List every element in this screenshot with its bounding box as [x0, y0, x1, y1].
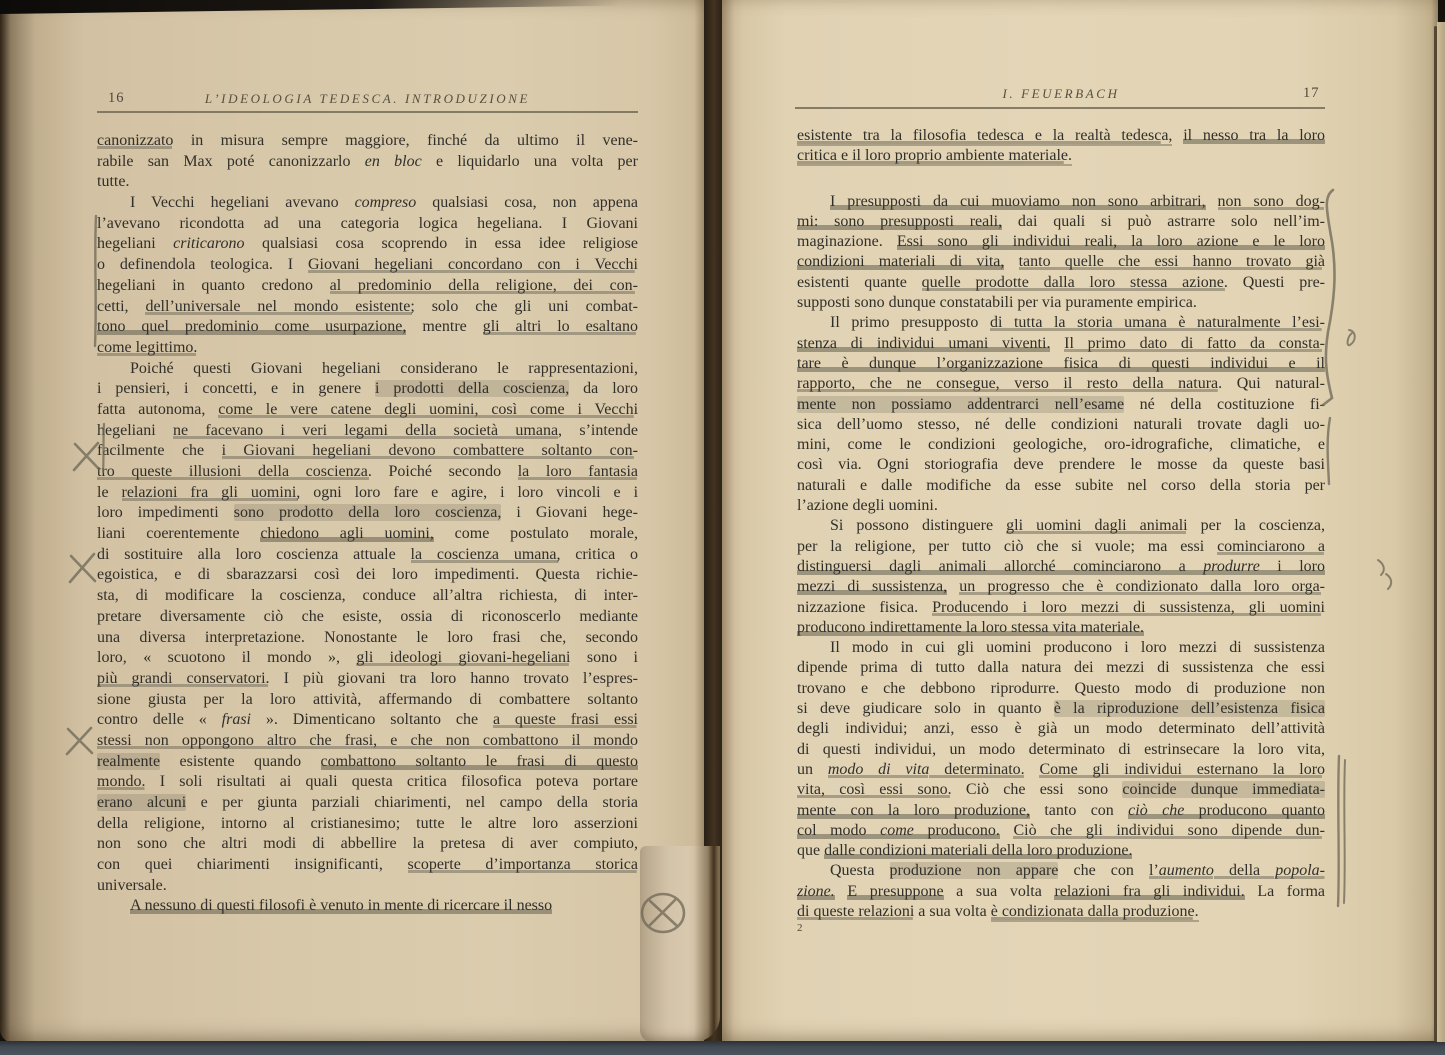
text-line: non sono che altri modi di abbellire la …: [97, 834, 638, 855]
text-segment: che con: [1058, 862, 1149, 879]
book-scan: 16 L’IDEOLOGIA TEDESCA. INTRODUZIONE I. …: [0, 0, 1445, 1055]
text-segment: cetti,: [97, 298, 145, 315]
text-line: una diversa interpretazione. Nonostante …: [97, 628, 638, 649]
pencil-marked-text: il nesso tra la loro: [1183, 127, 1325, 144]
text-segment: sono i: [571, 649, 639, 666]
text-line: Si possono distinguere gli uomini dagli …: [797, 516, 1325, 536]
pencil-marked-text: Come gli individui esternano la loro: [1039, 761, 1325, 778]
text-segment: [947, 578, 959, 595]
text-segment: si deve giudicare solo in quanto: [797, 700, 1054, 717]
text-line: Il modo in cui gli uomini producono i lo…: [797, 638, 1325, 658]
text-segment: una diversa interpretazione. Nonostante …: [97, 629, 638, 646]
page-number-right: 17: [1303, 85, 1320, 102]
text-line: hegeliani in quanto credono al predomini…: [97, 276, 638, 297]
text-segment: non sono che altri modi di abbellire la …: [97, 835, 638, 852]
text-segment: pretare diversamente ciò che esiste, oss…: [97, 608, 638, 625]
text-segment: rabile san Max poté canonizzarlo: [97, 153, 365, 170]
text-segment: degli individui; anzi, esso è già un mod…: [797, 720, 1325, 737]
pencil-marked-text: gli ideologi giovani-hegeliani: [356, 649, 570, 666]
text-segment: in misura sempre maggiore, finché da ult…: [173, 132, 638, 149]
pencil-marked-text: combattono soltanto le frasi di questo: [321, 753, 638, 770]
pencil-marked-text: aumento: [1159, 862, 1214, 879]
text-segment: mini, come le condizioni geologiche, oro…: [797, 436, 1325, 453]
pencil-marked-text: realmente: [97, 753, 160, 770]
text-line: esistente tra la filosofia tedesca e la …: [797, 126, 1325, 146]
pencil-marked-text: esistente tra la filosofia tedesca e la …: [797, 127, 1172, 146]
text-segment: hegeliani in quanto credono: [97, 277, 330, 294]
text-segment: La forma: [1245, 883, 1325, 900]
text-line: mi: sono presupposti reali, dai quali si…: [797, 212, 1325, 232]
header-rule-left: [97, 111, 638, 113]
text-segment: contro delle «: [97, 711, 222, 728]
text-line: stessi non oppongono altro che frasi, e …: [97, 731, 638, 752]
text-segment: fatta autonoma,: [97, 401, 218, 418]
text-line: mondo. I soli risultati ai quali questa …: [97, 772, 638, 793]
text-segment: Poiché questi Giovani hegeliani consider…: [130, 360, 638, 377]
page-edge-sliver: [1437, 22, 1445, 1042]
signature-mark: 2: [797, 922, 803, 934]
text-segment: trovano e che debbono riprodurre. Questo…: [797, 680, 1325, 697]
pencil-marked-text: come le vere catene degli uomini, così c…: [218, 401, 638, 418]
text-line: tutte.: [97, 172, 638, 193]
text-segment: i pensieri, i concetti, e in genere: [97, 380, 375, 397]
pencil-marked-text: i Giovani hegeliani devono combattere so…: [222, 442, 638, 459]
text-line: mezzi di sussistenza, un progresso che è…: [797, 577, 1325, 597]
pencil-marked-text: tono quel predominio come usurpazione,: [97, 318, 406, 335]
pencil-marked-text: della: [1214, 862, 1275, 879]
pencil-marked-text: di queste relazioni: [797, 903, 914, 920]
text-segment: loro, « scuotono il mondo »,: [97, 649, 356, 666]
text-line: tare è dunque l’organizzazione fisica di…: [797, 354, 1325, 374]
text-line: Questa produzione non appare che con l’a…: [797, 861, 1325, 881]
text-line: fatta autonoma, come le vere catene degl…: [97, 400, 638, 421]
text-line: tro queste illusioni della coscienza. Po…: [97, 462, 638, 483]
text-segment: dipende prima di tutto dalla natura dei …: [797, 659, 1325, 676]
pencil-marked-text: distinguersi dagli animali allorché comi…: [797, 558, 1203, 575]
pencil-marked-text: non sono dog-: [1218, 193, 1325, 210]
text-segment: liani coerentemente: [97, 525, 260, 542]
text-line: contro delle « frasi ». Dimenticano solt…: [97, 710, 638, 731]
pencil-marked-text: coincide dunque immediata-: [1122, 781, 1325, 798]
text-line: rabile san Max poté canonizzarlo en bloc…: [97, 152, 638, 173]
text-segment: Si possono distinguere: [830, 517, 1006, 534]
text-segment: da loro: [569, 380, 638, 397]
text-segment: criticarono: [173, 235, 244, 252]
text-line: un modo di vita determinato. Come gli in…: [797, 760, 1325, 780]
pencil-marked-text: ciò che: [1128, 802, 1184, 819]
text-segment: a sua volta: [914, 903, 990, 920]
text-line: stenza di individui umani viventi. Il pr…: [797, 334, 1325, 354]
text-line: tono quel predominio come usurpazione, m…: [97, 317, 638, 338]
text-line: esistenti quante quelle prodotte dalla l…: [797, 273, 1325, 293]
text-segment: i Giovani hege-: [501, 504, 638, 521]
text-segment: dai quali si può astrarre solo nell’im-: [1002, 213, 1325, 230]
pencil-marked-text: producono indirettamente la loro stessa …: [797, 619, 1144, 636]
text-segment: esistente quando: [160, 753, 320, 770]
text-segment: Il modo in cui gli uomini producono i lo…: [830, 639, 1325, 656]
text-line: l’azione degli uomini.: [797, 496, 1325, 516]
text-line: realmente esistente quando combattono so…: [97, 752, 638, 773]
pencil-marked-text: Il primo dato di fatto da consta-: [1064, 335, 1325, 352]
text-line: le relazioni fra gli uomini, ogni loro f…: [97, 483, 638, 504]
pencil-marked-text: chiedono agli uomini,: [260, 525, 434, 542]
pencil-marked-text: è condizionata dalla produzione.: [991, 903, 1199, 922]
text-segment: maginazione.: [797, 233, 897, 250]
text-segment: hegeliani: [97, 422, 173, 439]
text-segment: I Vecchi hegeliani avevano: [130, 194, 355, 211]
pencil-marked-text: produzione non appare: [890, 862, 1059, 879]
text-line: loro impedimenti sono prodotto della lor…: [97, 503, 638, 524]
pencil-marked-text: Ciò che gli individui sono dipende dun-: [1013, 822, 1325, 839]
text-segment: nizzazione fisica.: [797, 599, 932, 616]
pencil-marked-text: Producendo i loro mezzi di sussistenza, …: [932, 599, 1325, 616]
pencil-marked-text: A nessuno di questi filosofi è venuto in…: [130, 897, 552, 914]
text-line: sione giusta per la loro attività, affer…: [97, 690, 638, 711]
text-line: sica dell’uomo stesso, né delle condizio…: [797, 415, 1325, 435]
header-rule-right: [795, 107, 1325, 109]
body-text-left: canonizzato in misura sempre maggiore, f…: [97, 131, 638, 917]
text-line: facilmente che i Giovani hegeliani devon…: [97, 441, 638, 462]
pencil-marked-text: la loro fantasia: [518, 463, 638, 480]
pencil-marked-text: relazioni fra gli uomini,: [122, 484, 301, 501]
pencil-marked-text: zione.: [797, 883, 835, 900]
pencil-marked-text: modo di vita: [828, 761, 930, 778]
pencil-marked-text: produrre: [1203, 558, 1260, 575]
pencil-marked-text: la coscienza umana,: [411, 546, 561, 563]
text-segment: [1206, 193, 1218, 210]
text-line: di questi individui, un modo determinato…: [797, 740, 1325, 760]
pencil-marked-text: mondo.: [97, 773, 145, 790]
text-line: universale.: [97, 876, 638, 897]
text-segment: per la coscienza,: [1188, 517, 1325, 534]
text-segment: sione giusta per la loro attività, affer…: [97, 691, 638, 708]
text-segment: hegeliani: [97, 235, 173, 252]
text-line: liani coerentemente chiedono agli uomini…: [97, 524, 638, 545]
text-segment: facilmente che: [97, 442, 222, 459]
text-line: critica e il loro proprio ambiente mater…: [797, 146, 1325, 166]
text-line: que dalle condizioni materiali della lor…: [797, 841, 1325, 861]
pencil-marked-text: tro queste illusioni della coscienza.: [97, 463, 372, 480]
text-line: vita, così essi sono. Ciò che essi sono …: [797, 780, 1325, 800]
text-segment: [1000, 822, 1014, 839]
text-line: Il primo presupposto di tutta la storia …: [797, 313, 1325, 333]
text-segment: l’azione degli uomini.: [797, 497, 938, 514]
pencil-marked-text: mezzi di sussistenza,: [797, 578, 947, 595]
pencil-marked-text: Giovani hegeliani concordano con i Vecch…: [308, 256, 638, 273]
text-segment: [1004, 253, 1018, 270]
text-segment: Questi pre-: [1228, 274, 1325, 291]
text-segment: I più giovani tra loro hanno trovato l’e…: [270, 670, 638, 687]
text-line: cetti, dell’universale nel mondo esisten…: [97, 297, 638, 318]
text-line: l’avevano ricondotta ad una categoria lo…: [97, 214, 638, 235]
pencil-marked-text: critica e il loro proprio ambiente mater…: [797, 147, 1072, 166]
text-segment: esistenti quante: [797, 274, 922, 291]
text-line: hegeliani criticarono qualsiasi cosa sco…: [97, 234, 638, 255]
text-segment: universale.: [97, 877, 167, 894]
text-line: i pensieri, i concetti, e in genere i pr…: [97, 379, 638, 400]
text-segment: egoistica, e di sbarazzarsi così dei lor…: [97, 566, 638, 583]
text-line: condizioni materiali di vita, tanto quel…: [797, 252, 1325, 272]
text-line: mente non possiamo addentrarci nell’esam…: [797, 395, 1325, 415]
pencil-marked-text: vita, così essi sono.: [797, 781, 952, 798]
text-line: distinguersi dagli animali allorché comi…: [797, 557, 1325, 577]
pencil-marked-text: al predominio della religione, dei con-: [330, 277, 638, 294]
text-segment: [1050, 335, 1064, 352]
text-segment: così via. Ogni storiografia deve prender…: [797, 456, 1325, 473]
text-segment: sica dell’uomo stesso, né delle condizio…: [797, 416, 1325, 433]
text-segment: un: [797, 761, 828, 778]
text-line: col modo come producono. Ciò che gli ind…: [797, 821, 1325, 841]
text-line: mini, come le condizioni geologiche, oro…: [797, 435, 1325, 455]
text-line: mente con la loro produzione, tanto con …: [797, 801, 1325, 821]
pencil-marked-text: relazioni fra gli individui.: [1054, 883, 1244, 900]
pencil-marked-text: stessi non oppongono altro che frasi, e …: [97, 732, 638, 749]
pencil-marked-text: dell’universale nel mondo esistente;: [145, 298, 414, 315]
text-segment: ». Dimenticano soltanto che: [251, 711, 493, 728]
pencil-marked-text: mi: sono presupposti reali,: [797, 213, 1002, 230]
pencil-marked-text: erano alcuni: [97, 794, 186, 811]
text-line: zione. E presuppone a sua volta relazion…: [797, 882, 1325, 902]
text-segment: e per giunta parziali chiarimenti, nel c…: [186, 794, 638, 811]
text-line: come legittimo.: [97, 338, 638, 359]
pencil-marked-text: tare è dunque l’organizzazione fisica di…: [797, 355, 1325, 372]
text-line: di queste relazioni a sua volta è condiz…: [797, 902, 1325, 922]
text-segment: Ciò che essi sono: [952, 781, 1123, 798]
pencil-marked-text: gli altri lo esaltano: [483, 318, 638, 335]
pencil-marked-text: dalle condizioni materiali della loro pr…: [824, 842, 1132, 859]
book-gutter: [694, 0, 734, 1043]
text-line: supposti sono dunque constatabili per vi…: [797, 293, 1325, 313]
text-line: degli individui; anzi, esso è già un mod…: [797, 719, 1325, 739]
text-segment: o definendola teologica. I: [97, 256, 308, 273]
pencil-marked-text: i prodotti della coscienza,: [375, 380, 569, 397]
text-line: si deve giudicare solo in quanto è la ri…: [797, 699, 1325, 719]
text-segment: supposti sono dunque constatabili per vi…: [797, 294, 1197, 311]
text-line: egoistica, e di sbarazzarsi così dei lor…: [97, 565, 638, 586]
text-segment: l’avevano ricondotta ad una categoria lo…: [97, 215, 638, 232]
text-line: I presupposti da cui muoviamo non sono a…: [797, 192, 1325, 212]
text-segment: critica o: [560, 546, 638, 563]
text-segment: Qui natural-: [1222, 375, 1325, 392]
text-segment: con quei chiarimenti insignificanti,: [97, 856, 407, 873]
text-line: rapporto, che ne consegue, verso il rest…: [797, 374, 1325, 394]
pencil-marked-text: stenza di individui umani viventi.: [797, 335, 1050, 352]
text-line: più grandi conservatori. I più giovani t…: [97, 669, 638, 690]
text-segment: [1025, 761, 1040, 778]
pencil-marked-text: gli uomini dagli animali: [1006, 517, 1187, 534]
text-segment: della religione, intorno al cristianesim…: [97, 815, 638, 832]
text-line: di sostituire alla loro coscienza attual…: [97, 545, 638, 566]
text-segment: Il primo presupposto: [830, 314, 990, 331]
pencil-marked-text: producono quanto: [1184, 802, 1325, 819]
text-segment: di questi individui, un modo determinato…: [797, 741, 1325, 758]
pencil-marked-text: come: [880, 822, 914, 839]
text-line: della religione, intorno al cristianesim…: [97, 814, 638, 835]
text-segment: I soli risultati ai quali questa critica…: [145, 773, 638, 790]
text-segment: [1172, 127, 1183, 144]
text-line: maginazione. Essi sono gli individui rea…: [797, 232, 1325, 252]
running-header-right: I. FEUERBACH: [797, 86, 1325, 102]
pencil-marked-text: a queste frasi essi: [493, 711, 638, 728]
pencil-marked-text: Essi sono gli individui reali, la loro a…: [897, 233, 1325, 250]
pencil-marked-text: col modo: [797, 822, 880, 839]
text-segment: né della costituzione fi-: [1124, 396, 1325, 413]
text-segment: a sua volta: [944, 883, 1055, 900]
text-segment: ogni loro fare e agire, i loro vincoli e…: [300, 484, 638, 501]
text-line: I Vecchi hegeliani avevano compreso qual…: [97, 193, 638, 214]
pencil-marked-text: più grandi conservatori.: [97, 670, 270, 687]
text-line: hegeliani ne facevano i veri legami dell…: [97, 421, 638, 442]
text-segment: tutte.: [97, 173, 129, 190]
text-segment: [835, 883, 848, 900]
text-segment: loro impedimenti: [97, 504, 234, 521]
pencil-marked-text: ne facevano i veri legami della società …: [173, 422, 562, 439]
text-segment: mentre: [406, 318, 482, 335]
text-line: loro, « scuotono il mondo », gli ideolog…: [97, 648, 638, 669]
text-segment: s’intende: [562, 422, 638, 439]
pencil-marked-text: l’: [1149, 862, 1159, 879]
pencil-marked-text: I presupposti da cui muoviamo non sono a…: [830, 193, 1206, 210]
text-line: trovano e che debbono riprodurre. Questo…: [797, 679, 1325, 699]
text-segment: le: [97, 484, 122, 501]
text-line: così via. Ogni storiografia deve prender…: [797, 455, 1325, 475]
text-segment: tanto con: [1030, 802, 1128, 819]
pencil-marked-text: popola-: [1275, 862, 1325, 879]
text-segment: en bloc: [365, 153, 422, 170]
text-line: canonizzato in misura sempre maggiore, f…: [97, 131, 638, 152]
pencil-marked-text: è la riproduzione dell’esistenza fisica: [1054, 700, 1325, 717]
text-line: nizzazione fisica. Producendo i loro mez…: [797, 598, 1325, 618]
text-line: Poiché questi Giovani hegeliani consider…: [97, 359, 638, 380]
pencil-marked-text: tanto quelle che essi hanno trovato già: [1019, 253, 1325, 270]
text-segment: qualsiasi cosa scoprendo in essa idee re…: [245, 235, 638, 252]
text-line: A nessuno di questi filosofi è venuto in…: [97, 896, 638, 917]
pencil-marked-text: un progresso che è condizionato dalla lo…: [959, 578, 1325, 595]
text-line: sta, di modificare la coscienza, conduce…: [97, 586, 638, 607]
text-segment: compreso: [355, 194, 417, 211]
text-segment: que: [797, 842, 824, 859]
pencil-marked-text: E presuppone: [847, 883, 943, 900]
pencil-marked-text: condizioni materiali di vita,: [797, 253, 1004, 270]
text-line: pretare diversamente ciò che esiste, oss…: [97, 607, 638, 628]
text-segment: Poiché secondo: [372, 463, 518, 480]
backdrop-bottom: [0, 1041, 1445, 1055]
text-line: per la religione, per tutto ciò che si v…: [797, 537, 1325, 557]
pencil-marked-text: come legittimo.: [97, 339, 197, 356]
running-header-left: L’IDEOLOGIA TEDESCA. INTRODUZIONE: [97, 91, 638, 107]
text-segment: di sostituire alla loro coscienza attual…: [97, 546, 411, 563]
pencil-marked-text: cominciarono a: [1217, 538, 1325, 555]
pencil-marked-text: mente con la loro produzione,: [797, 802, 1030, 819]
text-segment: solo che gli uni combat-: [415, 298, 638, 315]
text-segment: sta, di modificare la coscienza, conduce…: [97, 587, 638, 604]
pencil-marked-text: rapporto, che ne consegue, verso il rest…: [797, 375, 1222, 392]
text-line: erano alcuni e per giunta parziali chiar…: [97, 793, 638, 814]
text-line: con quei chiarimenti insignificanti, sco…: [97, 855, 638, 876]
pencil-marked-text: di tutta la storia umana è naturalmente …: [990, 314, 1325, 331]
pencil-marked-text: determinato.: [929, 761, 1024, 778]
pencil-marked-text: quelle prodotte dalla loro stessa azione…: [922, 274, 1228, 291]
text-segment: qualsiasi cosa, non appena: [416, 194, 638, 211]
pencil-marked-text: mente non possiamo addentrarci nell’esam…: [797, 396, 1124, 413]
text-line: o definendola teologica. I Giovani hegel…: [97, 255, 638, 276]
body-text-right: esistente tra la filosofia tedesca e la …: [797, 126, 1325, 922]
text-line: producono indirettamente la loro stessa …: [797, 618, 1325, 638]
text-segment: come postulato morale,: [434, 525, 638, 542]
pencil-marked-text: sono prodotto della loro coscienza,: [234, 504, 502, 521]
text-segment: naturali e dalle modifiche da esse subit…: [797, 477, 1325, 494]
pencil-marked-text: scoperte d’importanza storica: [407, 856, 638, 873]
text-segment: frasi: [222, 711, 251, 728]
text-segment: per la religione, per tutto ciò che si v…: [797, 538, 1217, 555]
text-line: naturali e dalle modifiche da esse subit…: [797, 476, 1325, 496]
pencil-marked-text: i loro: [1260, 558, 1325, 575]
pencil-marked-text: canonizzato: [97, 132, 173, 149]
text-line: dipende prima di tutto dalla natura dei …: [797, 658, 1325, 678]
text-segment: Questa: [830, 862, 890, 879]
text-segment: e liquidarlo una volta per: [422, 153, 638, 170]
pencil-marked-text: producono.: [914, 822, 1000, 839]
